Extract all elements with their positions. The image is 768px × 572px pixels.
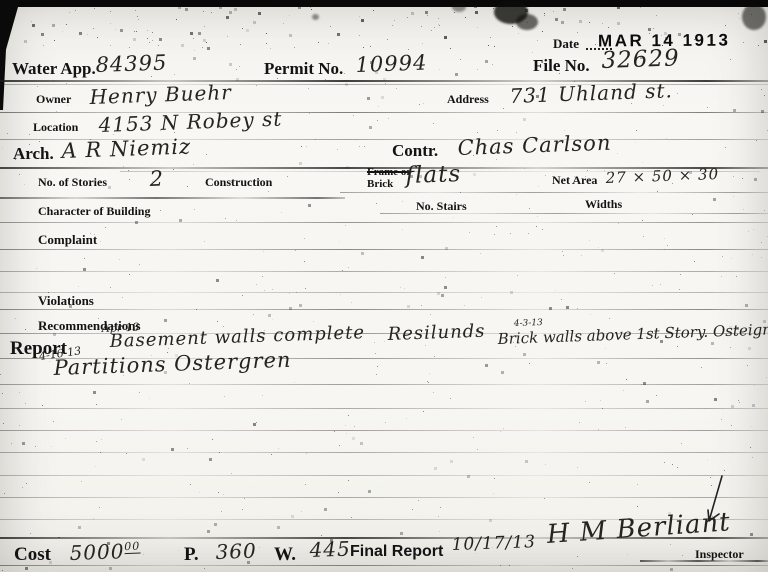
water-app-value: 84395 <box>95 51 168 77</box>
permit-no-label: Permit No. <box>264 59 343 79</box>
construction-label: Construction <box>205 175 272 190</box>
ruled-line <box>340 192 768 193</box>
location-value: 4153 N Robey st <box>98 107 283 137</box>
cost-label: Cost <box>14 544 51 566</box>
owner-value: Henry Buehr <box>89 80 232 109</box>
frame-brick-value: flats <box>405 161 462 189</box>
arch-value: A R Niemiz <box>61 134 191 163</box>
permit-no-value: 10994 <box>355 51 428 77</box>
date-label: Date <box>553 36 579 52</box>
cost-cents: 00 <box>124 540 140 555</box>
address-label: Address <box>447 92 489 107</box>
water-app-label: Water App. <box>12 59 96 79</box>
character-of-building-label: Character of Building <box>38 204 150 219</box>
ruled-line <box>0 497 768 498</box>
widths-label: Widths <box>585 197 622 212</box>
ruled-line <box>0 222 768 223</box>
ink-smudge <box>516 14 538 30</box>
location-label: Location <box>33 120 78 135</box>
p-label: P. <box>184 544 199 566</box>
arch-label: Arch. <box>13 144 54 164</box>
file-no-value: 32629 <box>601 45 680 74</box>
cost-amount: 5000 <box>69 539 125 565</box>
w-value: 445 <box>309 537 351 562</box>
ruled-line <box>0 309 768 310</box>
ink-smudge <box>452 2 466 12</box>
ruled-line <box>0 408 768 409</box>
final-report-label: Final Report <box>350 543 443 561</box>
ruled-line <box>0 452 768 453</box>
stories-label: No. of Stories <box>38 175 107 190</box>
final-report-value: 10/17/13 <box>451 532 536 555</box>
contr-value: Chas Carlson <box>457 131 612 160</box>
ruled-line <box>0 292 768 293</box>
ink-smudge <box>312 14 319 20</box>
report-note-date: 4-3-13 <box>514 318 543 329</box>
contr-label: Contr. <box>392 141 438 161</box>
violations-label: Violations <box>38 293 94 309</box>
inspector-signature: H M Berliant <box>546 507 732 550</box>
stories-value: 2 <box>149 167 164 191</box>
noise-speck-layer <box>0 0 1 1</box>
scan-corner-wedge <box>0 0 20 110</box>
no-stairs-label: No. Stairs <box>416 199 467 214</box>
cost-value: 500000 <box>69 539 141 565</box>
brick-label: Brick <box>367 178 393 190</box>
address-value: 731 Uhland st. <box>509 78 673 108</box>
ruled-line <box>0 271 768 272</box>
ruled-line <box>0 565 768 566</box>
net-area-label: Net Area <box>552 173 597 188</box>
p-value: 360 <box>215 539 257 564</box>
w-label: W. <box>274 544 296 566</box>
report-line1-text: Resilunds <box>387 321 486 345</box>
ink-smudge <box>742 4 766 30</box>
permit-card: Date MAR 14 1913 Water App. 84395 Permit… <box>0 0 768 572</box>
ruled-line <box>0 384 768 385</box>
ruled-line <box>0 430 768 431</box>
net-area-value: 27 × 50 × 30 <box>605 165 719 187</box>
ruled-line <box>0 249 768 250</box>
report-line2-text: Partitions Ostergren <box>53 348 292 380</box>
ruled-line <box>0 475 768 476</box>
scan-edge-bar <box>0 0 768 7</box>
report-line1-text: Basement walls complete <box>109 322 365 352</box>
complaint-label: Complaint <box>38 232 97 248</box>
inspector-label: Inspector <box>695 547 744 562</box>
file-no-label: File No. <box>533 56 590 76</box>
owner-label: Owner <box>36 92 71 107</box>
ruled-line <box>0 197 345 199</box>
